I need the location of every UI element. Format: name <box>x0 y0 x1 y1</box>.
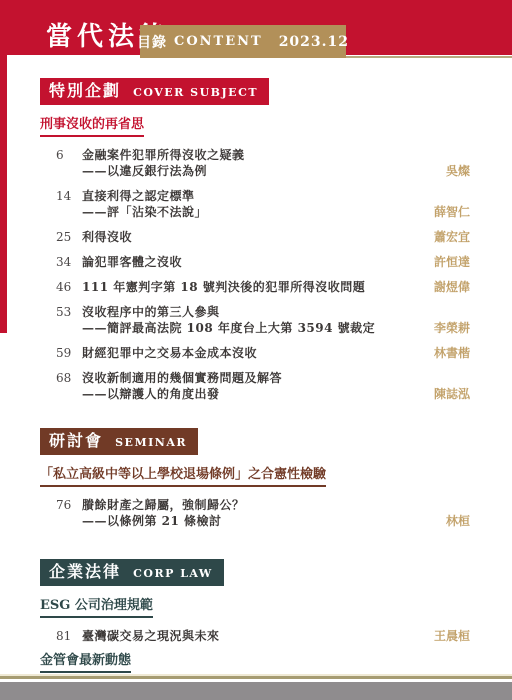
entry-subtitle: ——以辯護人的角度出發 <box>82 386 426 402</box>
section-banner-seminar: 研討會 SEMINAR <box>40 428 198 455</box>
entry-author: 謝煜偉 <box>434 279 470 295</box>
toc-entry: 53 沒收程序中的第三人參與 ——簡評最高法院 108 年度台上大第 3594 … <box>40 304 470 336</box>
topic-subtitle: 金管會最新動態 <box>40 653 470 673</box>
toc-entry: 25 利得沒收 蕭宏宜 <box>40 229 470 245</box>
topic-subtitle-text: ESG 公司治理規範 <box>40 598 153 618</box>
entry-title: 沒收新制適用的幾個實務問題及解答 <box>82 370 426 386</box>
entry-titles: 直接利得之認定標準 ——評「沾染不法說」 <box>82 188 426 220</box>
section-title-en: COVER SUBJECT <box>133 86 258 99</box>
entry-page-number: 6 <box>40 147 82 179</box>
issue-date: 2023.12 <box>279 34 349 50</box>
toc-label-en: CONTENT <box>174 34 263 49</box>
entry-title: 111 年憲判字第 18 號判決後的犯罪所得沒收問題 <box>82 279 426 295</box>
section-title-zh: 研討會 <box>49 431 103 450</box>
section-banner-corp-law: 企業法律 CORP LAW <box>40 559 224 586</box>
entry-page-number: 25 <box>40 229 82 245</box>
toc-entry: 14 直接利得之認定標準 ——評「沾染不法說」 薛智仁 <box>40 188 470 220</box>
topic-subtitle-text: 金管會最新動態 <box>40 653 131 673</box>
entry-subtitle: ——簡評最高法院 108 年度台上大第 3594 號裁定 <box>82 320 426 336</box>
topic-subtitle: 「私立高級中等以上學校退場條例」之合憲性檢驗 <box>40 467 470 487</box>
entry-page-number: 46 <box>40 279 82 295</box>
toc-entry: 81 臺灣碳交易之現況與未來 王晨桓 <box>40 628 470 644</box>
footer-bar <box>0 682 512 700</box>
section-title-zh: 企業法律 <box>49 562 121 581</box>
toc-entry: 59 財經犯罪中之交易本金成本沒收 林書楷 <box>40 345 470 361</box>
entry-titles: 111 年憲判字第 18 號判決後的犯罪所得沒收問題 <box>82 279 426 295</box>
entry-page-number: 34 <box>40 254 82 270</box>
entry-title: 論犯罪客體之沒收 <box>82 254 426 270</box>
entry-titles: 沒收程序中的第三人參與 ——簡評最高法院 108 年度台上大第 3594 號裁定 <box>82 304 426 336</box>
entry-title: 臺灣碳交易之現況與未來 <box>82 628 426 644</box>
topic-subtitle: ESG 公司治理規範 <box>40 598 470 618</box>
entry-titles: 臺灣碳交易之現況與未來 <box>82 628 426 644</box>
section-title-zh: 特別企劃 <box>49 81 121 100</box>
entry-author: 蕭宏宜 <box>434 229 470 245</box>
toc-entry: 46 111 年憲判字第 18 號判決後的犯罪所得沒收問題 謝煜偉 <box>40 279 470 295</box>
entry-titles: 沒收新制適用的幾個實務問題及解答 ——以辯護人的角度出發 <box>82 370 426 402</box>
entry-title: 財經犯罪中之交易本金成本沒收 <box>82 345 426 361</box>
entry-author: 吳燦 <box>446 163 470 179</box>
topic-subtitle-text: 刑事沒收的再省思 <box>40 117 144 137</box>
entry-author: 許恒達 <box>434 254 470 270</box>
toc-content: 特別企劃 COVER SUBJECT 刑事沒收的再省思 6 金融案件犯罪所得沒收… <box>0 55 512 700</box>
entry-titles: 金融案件犯罪所得沒收之疑義 ——以違反銀行法為例 <box>82 147 438 179</box>
topic-subtitle: 刑事沒收的再省思 <box>40 117 470 137</box>
entry-subtitle: ——以違反銀行法為例 <box>82 163 438 179</box>
entry-author: 林書楷 <box>434 345 470 361</box>
footer-rule <box>0 674 512 679</box>
section-cover-subject: 特別企劃 COVER SUBJECT 刑事沒收的再省思 6 金融案件犯罪所得沒收… <box>40 78 470 402</box>
entry-page-number: 59 <box>40 345 82 361</box>
toc-label-zh: 目錄 <box>137 32 167 52</box>
entry-title: 金融案件犯罪所得沒收之疑義 <box>82 147 438 163</box>
toc-page: 當代法律 目錄 CONTENT 2023.12 特別企劃 COVER SUBJE… <box>0 0 512 700</box>
entry-page-number: 76 <box>40 497 82 529</box>
entry-titles: 賸餘財產之歸屬，強制歸公？ ——以條例第 21 條檢討 <box>82 497 438 529</box>
entry-list: 81 臺灣碳交易之現況與未來 王晨桓 <box>40 628 470 644</box>
entry-page-number: 53 <box>40 304 82 336</box>
toc-entry: 34 論犯罪客體之沒收 許恒達 <box>40 254 470 270</box>
entry-author: 薛智仁 <box>434 204 470 220</box>
issue-box: 目錄 CONTENT 2023.12 <box>140 25 346 58</box>
entry-author: 王晨桓 <box>434 628 470 644</box>
entry-author: 林桓 <box>446 513 470 529</box>
entry-subtitle: ——評「沾染不法說」 <box>82 204 426 220</box>
toc-entry: 76 賸餘財產之歸屬，強制歸公？ ——以條例第 21 條檢討 林桓 <box>40 497 470 529</box>
entry-page-number: 14 <box>40 188 82 220</box>
section-title-en: SEMINAR <box>115 436 187 449</box>
entry-title: 直接利得之認定標準 <box>82 188 426 204</box>
entry-list: 76 賸餘財產之歸屬，強制歸公？ ——以條例第 21 條檢討 林桓 <box>40 497 470 529</box>
entry-page-number: 68 <box>40 370 82 402</box>
entry-title: 利得沒收 <box>82 229 426 245</box>
entry-page-number: 81 <box>40 628 82 644</box>
entry-title: 沒收程序中的第三人參與 <box>82 304 426 320</box>
section-title-en: CORP LAW <box>133 567 213 580</box>
entry-author: 李榮耕 <box>434 320 470 336</box>
topic-subtitle-text: 「私立高級中等以上學校退場條例」之合憲性檢驗 <box>40 467 326 487</box>
entry-title: 賸餘財產之歸屬，強制歸公？ <box>82 497 438 513</box>
section-seminar: 研討會 SEMINAR 「私立高級中等以上學校退場條例」之合憲性檢驗 76 賸餘… <box>40 428 470 529</box>
entry-list: 6 金融案件犯罪所得沒收之疑義 ——以違反銀行法為例 吳燦 14 直接利得之認定… <box>40 147 470 402</box>
toc-entry: 6 金融案件犯罪所得沒收之疑義 ——以違反銀行法為例 吳燦 <box>40 147 470 179</box>
entry-titles: 財經犯罪中之交易本金成本沒收 <box>82 345 426 361</box>
entry-titles: 利得沒收 <box>82 229 426 245</box>
section-banner-cover-subject: 特別企劃 COVER SUBJECT <box>40 78 269 105</box>
entry-subtitle: ——以條例第 21 條檢討 <box>82 513 438 529</box>
toc-entry: 68 沒收新制適用的幾個實務問題及解答 ——以辯護人的角度出發 陳誌泓 <box>40 370 470 402</box>
entry-titles: 論犯罪客體之沒收 <box>82 254 426 270</box>
entry-author: 陳誌泓 <box>434 386 470 402</box>
